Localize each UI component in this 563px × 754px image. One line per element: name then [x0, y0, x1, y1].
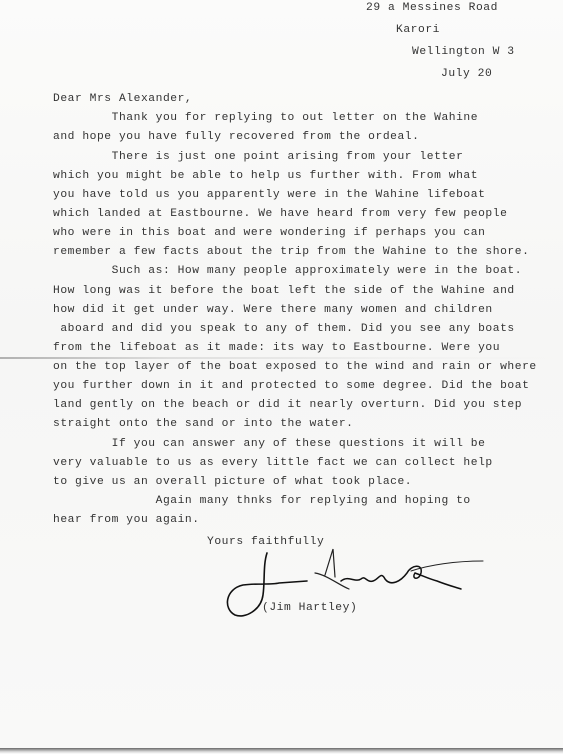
body-line: aboard and did you speak to any of them.… [53, 322, 515, 336]
signatory-name: (Jim Hartley) [262, 601, 357, 615]
letter-page: 29 a Messines Road Karori Wellington W 3… [0, 0, 563, 750]
address-city: Wellington W 3 [412, 45, 515, 59]
body-line: land gently on the beach or did it nearl… [53, 398, 522, 412]
body-line: straight onto the sand or into the water… [53, 417, 354, 431]
body-line: you further down in it and protected to … [53, 379, 529, 393]
address-street: 29 a Messines Road [366, 1, 498, 15]
body-line: from the lifeboat as it made: its way to… [53, 341, 500, 355]
body-line: hear from you again. [53, 513, 200, 527]
body-line: very valuable to us as every little fact… [53, 456, 493, 470]
paper-fold-line [0, 357, 563, 359]
body-line: Thank you for replying to out letter on … [53, 111, 478, 125]
letter-date: July 20 [441, 67, 492, 81]
body-line: how did it get under way. Were there man… [53, 303, 493, 317]
body-line: which you might be able to help us furth… [53, 169, 478, 183]
salutation: Dear Mrs Alexander, [53, 92, 192, 106]
body-line: Again many thnks for replying and hoping… [53, 494, 471, 508]
body-line: If you can answer any of these questions… [53, 437, 485, 451]
body-line: remember a few facts about the trip from… [53, 245, 529, 259]
body-line: which landed at Eastbourne. We have hear… [53, 207, 507, 221]
address-suburb: Karori [396, 23, 440, 37]
body-line: There is just one point arising from you… [53, 150, 463, 164]
body-line: you have told us you apparently were in … [53, 188, 485, 202]
body-line: who were in this boat and were wondering… [53, 226, 485, 240]
body-line: How long was it before the boat left the… [53, 284, 515, 298]
body-line: Such as: How many people approximately w… [53, 264, 522, 278]
body-line: to give us an overall picture of what to… [53, 475, 412, 489]
page-bottom-edge [0, 748, 563, 754]
body-line: and hope you have fully recovered from t… [53, 130, 419, 144]
body-line: on the top layer of the boat exposed to … [53, 360, 537, 374]
